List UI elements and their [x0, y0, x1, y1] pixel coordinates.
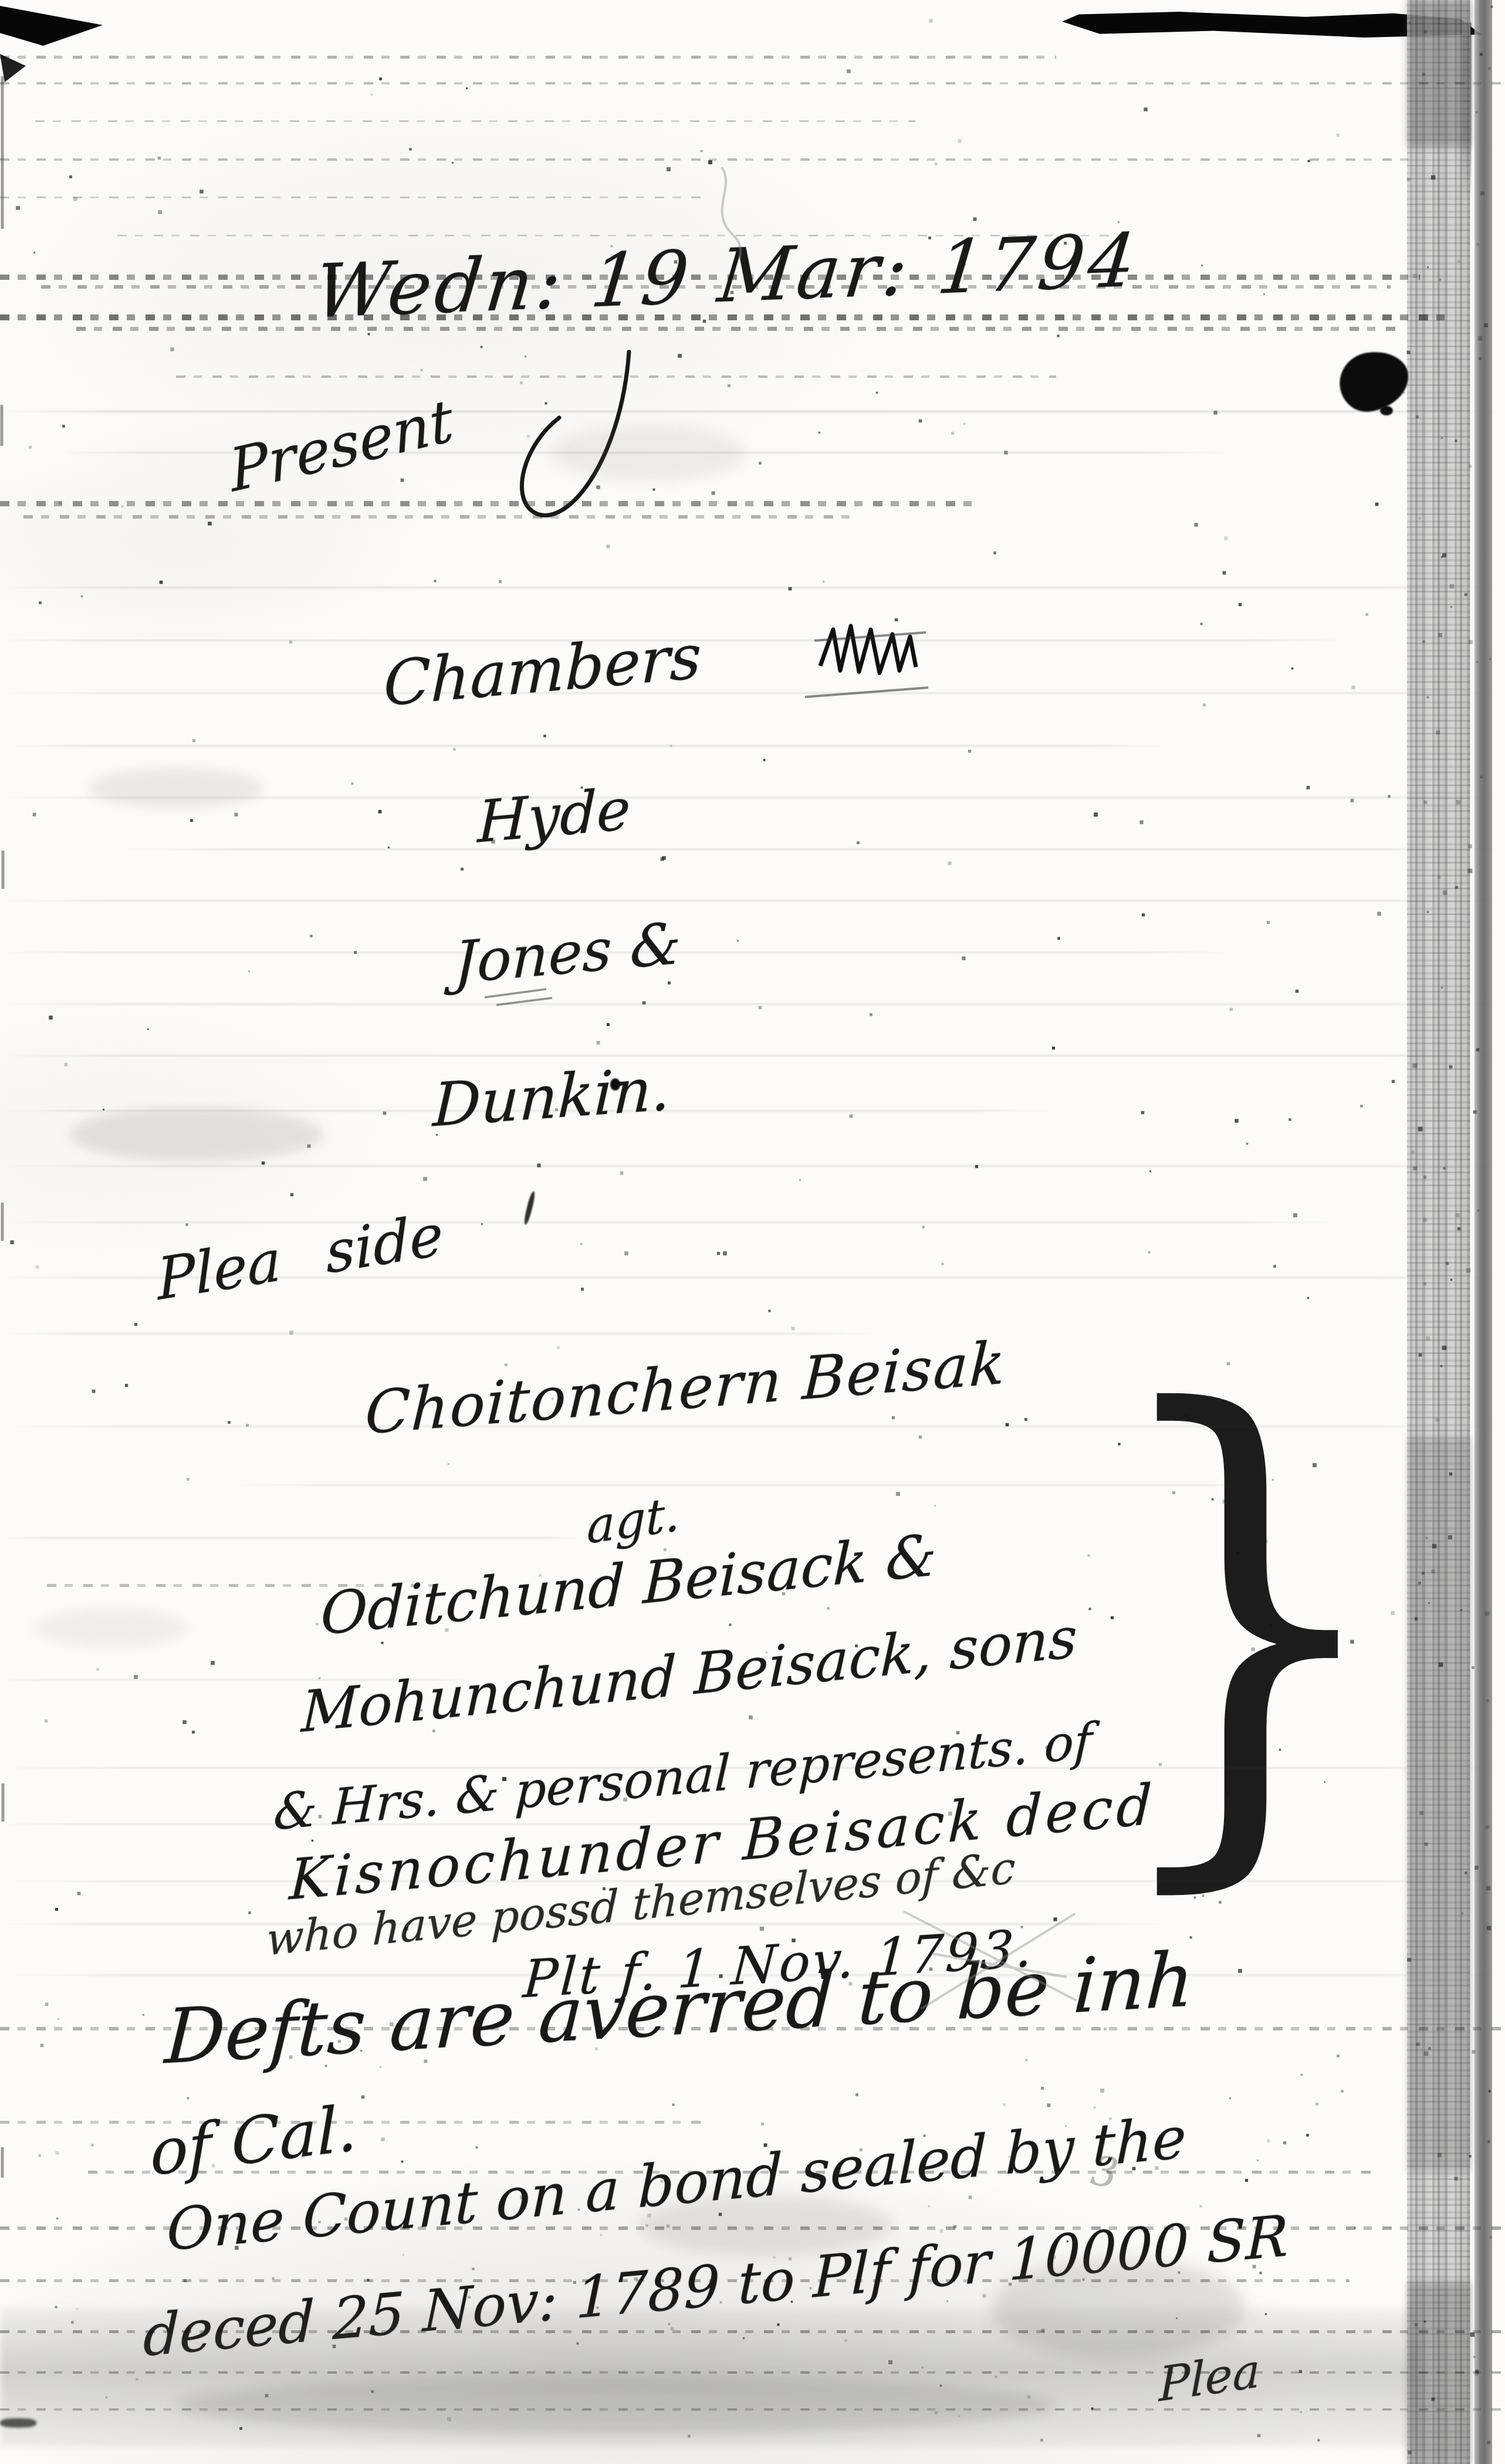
- ink-blot: [1336, 347, 1413, 415]
- smudge-patch: [552, 425, 745, 481]
- scan-streak: [0, 797, 1502, 798]
- scan-streak: [0, 1003, 1502, 1005]
- scan-streak: [0, 197, 704, 198]
- paper-speckles: [0, 0, 1, 1]
- ink-scribble-2: [805, 632, 928, 697]
- bottom-edge-mark: [0, 2418, 36, 2428]
- scan-streak: [176, 375, 1056, 378]
- left-edge-ticks: [2, 76, 3, 2178]
- scan-streak: [23, 515, 857, 519]
- date-descender-flourish: [522, 352, 629, 515]
- handwriting-flourishes: [0, 0, 1505, 2464]
- scan-streak: [117, 848, 1502, 850]
- binding-speckles: [0, 0, 1, 1]
- scan-streak: [0, 2408, 1502, 2411]
- scan-streak: [0, 587, 1502, 588]
- smudge-patch: [70, 1108, 323, 1162]
- manuscript-page: Wedn: 19 Mar: 1794 Present Chambers Hyde…: [0, 0, 1505, 2464]
- torn-edge-top-left-2: [0, 54, 26, 82]
- plaintiff-name: Choitonchern Beisak: [364, 1328, 1007, 1448]
- scan-streak: [76, 327, 1402, 331]
- date-heading: Wedn: 19 Mar: 1794: [311, 218, 1142, 335]
- scan-streak: [0, 411, 1502, 412]
- binding-strip-dark-line: [1474, 0, 1492, 2464]
- bottom-stain-band-2: [176, 2376, 1056, 2435]
- scan-streak: [0, 1537, 587, 1539]
- judge-name-dunkin: Dunkin.: [432, 1054, 672, 1141]
- averment-line-2: of Cal.: [150, 2091, 358, 2191]
- smudge-patch: [35, 1607, 188, 1649]
- scan-streak: [0, 745, 1173, 747]
- scan-streak: [0, 1165, 1502, 1167]
- scan-streak: [0, 501, 974, 506]
- ink-tick: [523, 1191, 536, 1225]
- scan-streak: [0, 1333, 880, 1335]
- plea-side-heading: Plea side: [155, 1201, 445, 1314]
- versus-abbreviation: agt.: [587, 1486, 680, 1555]
- judge-name-chambers: Chambers: [383, 621, 702, 720]
- present-label: Present: [226, 385, 457, 505]
- scan-streak: [0, 158, 1408, 161]
- ink-scribble: [820, 626, 916, 673]
- judge-name-jones: Jones &: [454, 910, 682, 997]
- scan-streak: [0, 1221, 1350, 1223]
- scan-streak: [0, 56, 1056, 59]
- scan-streak: [0, 900, 1502, 902]
- scan-streak: [0, 692, 1502, 694]
- ink-blot-satellite: [1380, 406, 1393, 415]
- scan-streak: [35, 120, 915, 122]
- case-brace: }: [1098, 1347, 1396, 1891]
- scan-streak: [0, 82, 1502, 84]
- smudge-patch: [88, 767, 264, 808]
- torn-edge-top-left: [0, 6, 103, 46]
- binding-strip: [1407, 0, 1470, 2464]
- judge-name-hyde: Hyde: [477, 776, 631, 856]
- plea-annotation: Plea: [1159, 2343, 1260, 2412]
- scan-streak: [0, 2371, 1502, 2374]
- scan-streak: [0, 1055, 1502, 1057]
